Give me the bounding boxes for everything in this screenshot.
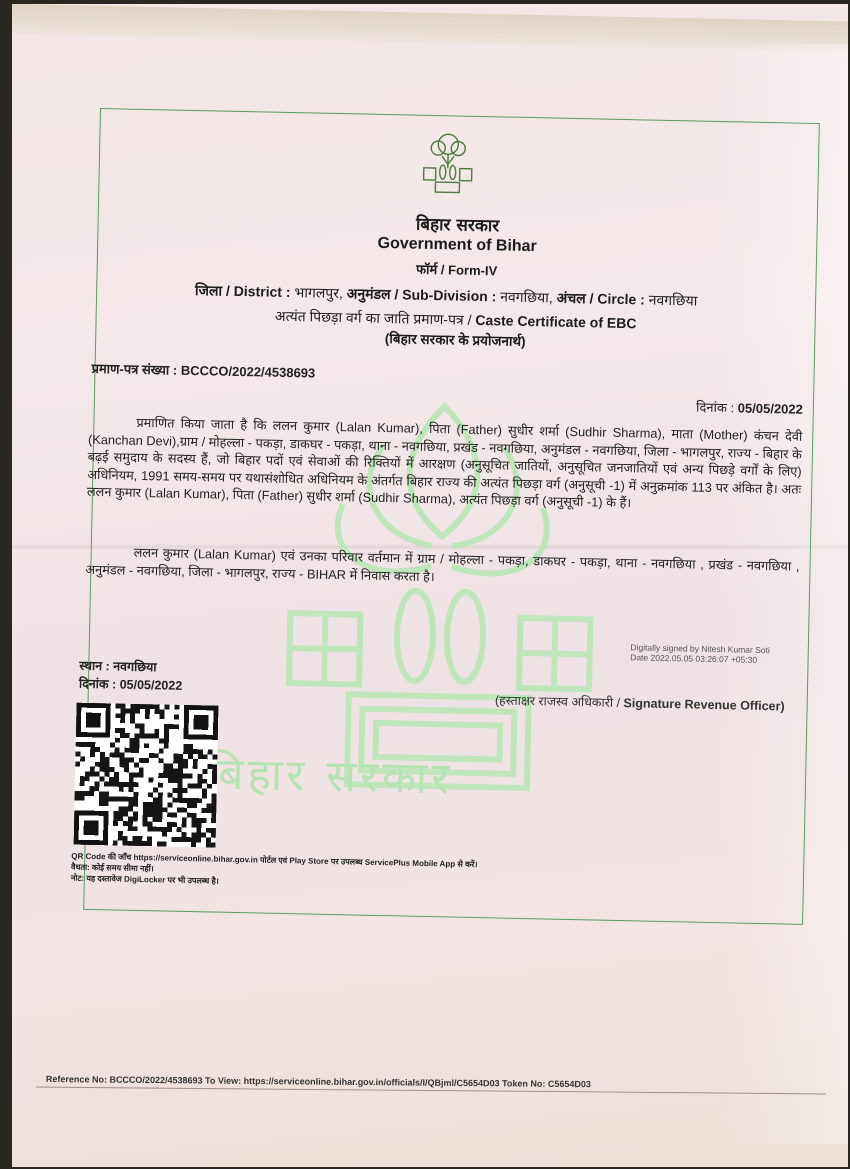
- certificate-number-label: प्रमाण-पत्र संख्या :: [91, 361, 177, 378]
- district-label: जिला / District :: [195, 282, 291, 300]
- circle-label: अंचल / Circle :: [556, 290, 645, 308]
- certificate-body-paragraph-2: ललन कुमार (Lalan Kumar) एवं उनका परिवार …: [85, 543, 800, 593]
- digital-signature-line-2: Date 2022.05.05 03:26:07 +05:30: [630, 652, 770, 665]
- certificate-date: दिनांक : 05/05/2022: [696, 398, 803, 418]
- subdivision-value: नवगछिया,: [500, 288, 553, 305]
- certificate-frame: बिहार सरकार बिहार सरकार Government of Bi…: [83, 108, 820, 925]
- signature-label: (हस्ताक्षर राजस्व अधिकारी / Signature Re…: [495, 691, 785, 714]
- footer-divider: [36, 1087, 826, 1095]
- certificate-date-value: 05/05/2022: [738, 400, 803, 416]
- certificate-number-value: BCCCO/2022/4538693: [181, 363, 316, 381]
- digital-signature: Digitally signed by Nitesh Kumar Soti Da…: [630, 642, 770, 665]
- district-value: भागलपुर,: [294, 284, 343, 301]
- place-date: दिनांक : 05/05/2022: [79, 675, 183, 695]
- certificate-date-label: दिनांक :: [696, 400, 734, 416]
- certificate-body-paragraph-1: प्रमाणित किया जाता है कि ललन कुमार (Lala…: [87, 413, 803, 515]
- place-label: स्थान : नवगछिया: [79, 657, 183, 677]
- certificate-title-english: Caste Certificate of EBC: [475, 312, 636, 331]
- certificate-title-hindi: अत्यंत पिछड़ा वर्ग का जाति प्रमाण-पत्र /: [275, 308, 472, 328]
- place-date-block: स्थान : नवगछिया दिनांक : 05/05/2022: [79, 657, 183, 695]
- paper-sheet: बिहार सरकार बिहार सरकार Government of Bi…: [12, 4, 848, 1167]
- signature-label-hindi: (हस्ताक्षर राजस्व अधिकारी /: [495, 693, 620, 710]
- circle-value: नवगछिया: [649, 292, 698, 309]
- signature-label-english: Signature Revenue Officer): [623, 696, 784, 713]
- subdivision-label: अनुमंडल / Sub-Division :: [347, 285, 497, 304]
- qr-note: QR Code की जाँच https://serviceonline.bi…: [71, 851, 592, 895]
- bihar-emblem-icon: [417, 130, 478, 197]
- watermark-text: बिहार सरकार: [207, 741, 454, 806]
- qr-code-icon[interactable]: [74, 703, 219, 848]
- certificate-number: प्रमाण-पत्र संख्या : BCCCO/2022/4538693: [91, 359, 315, 382]
